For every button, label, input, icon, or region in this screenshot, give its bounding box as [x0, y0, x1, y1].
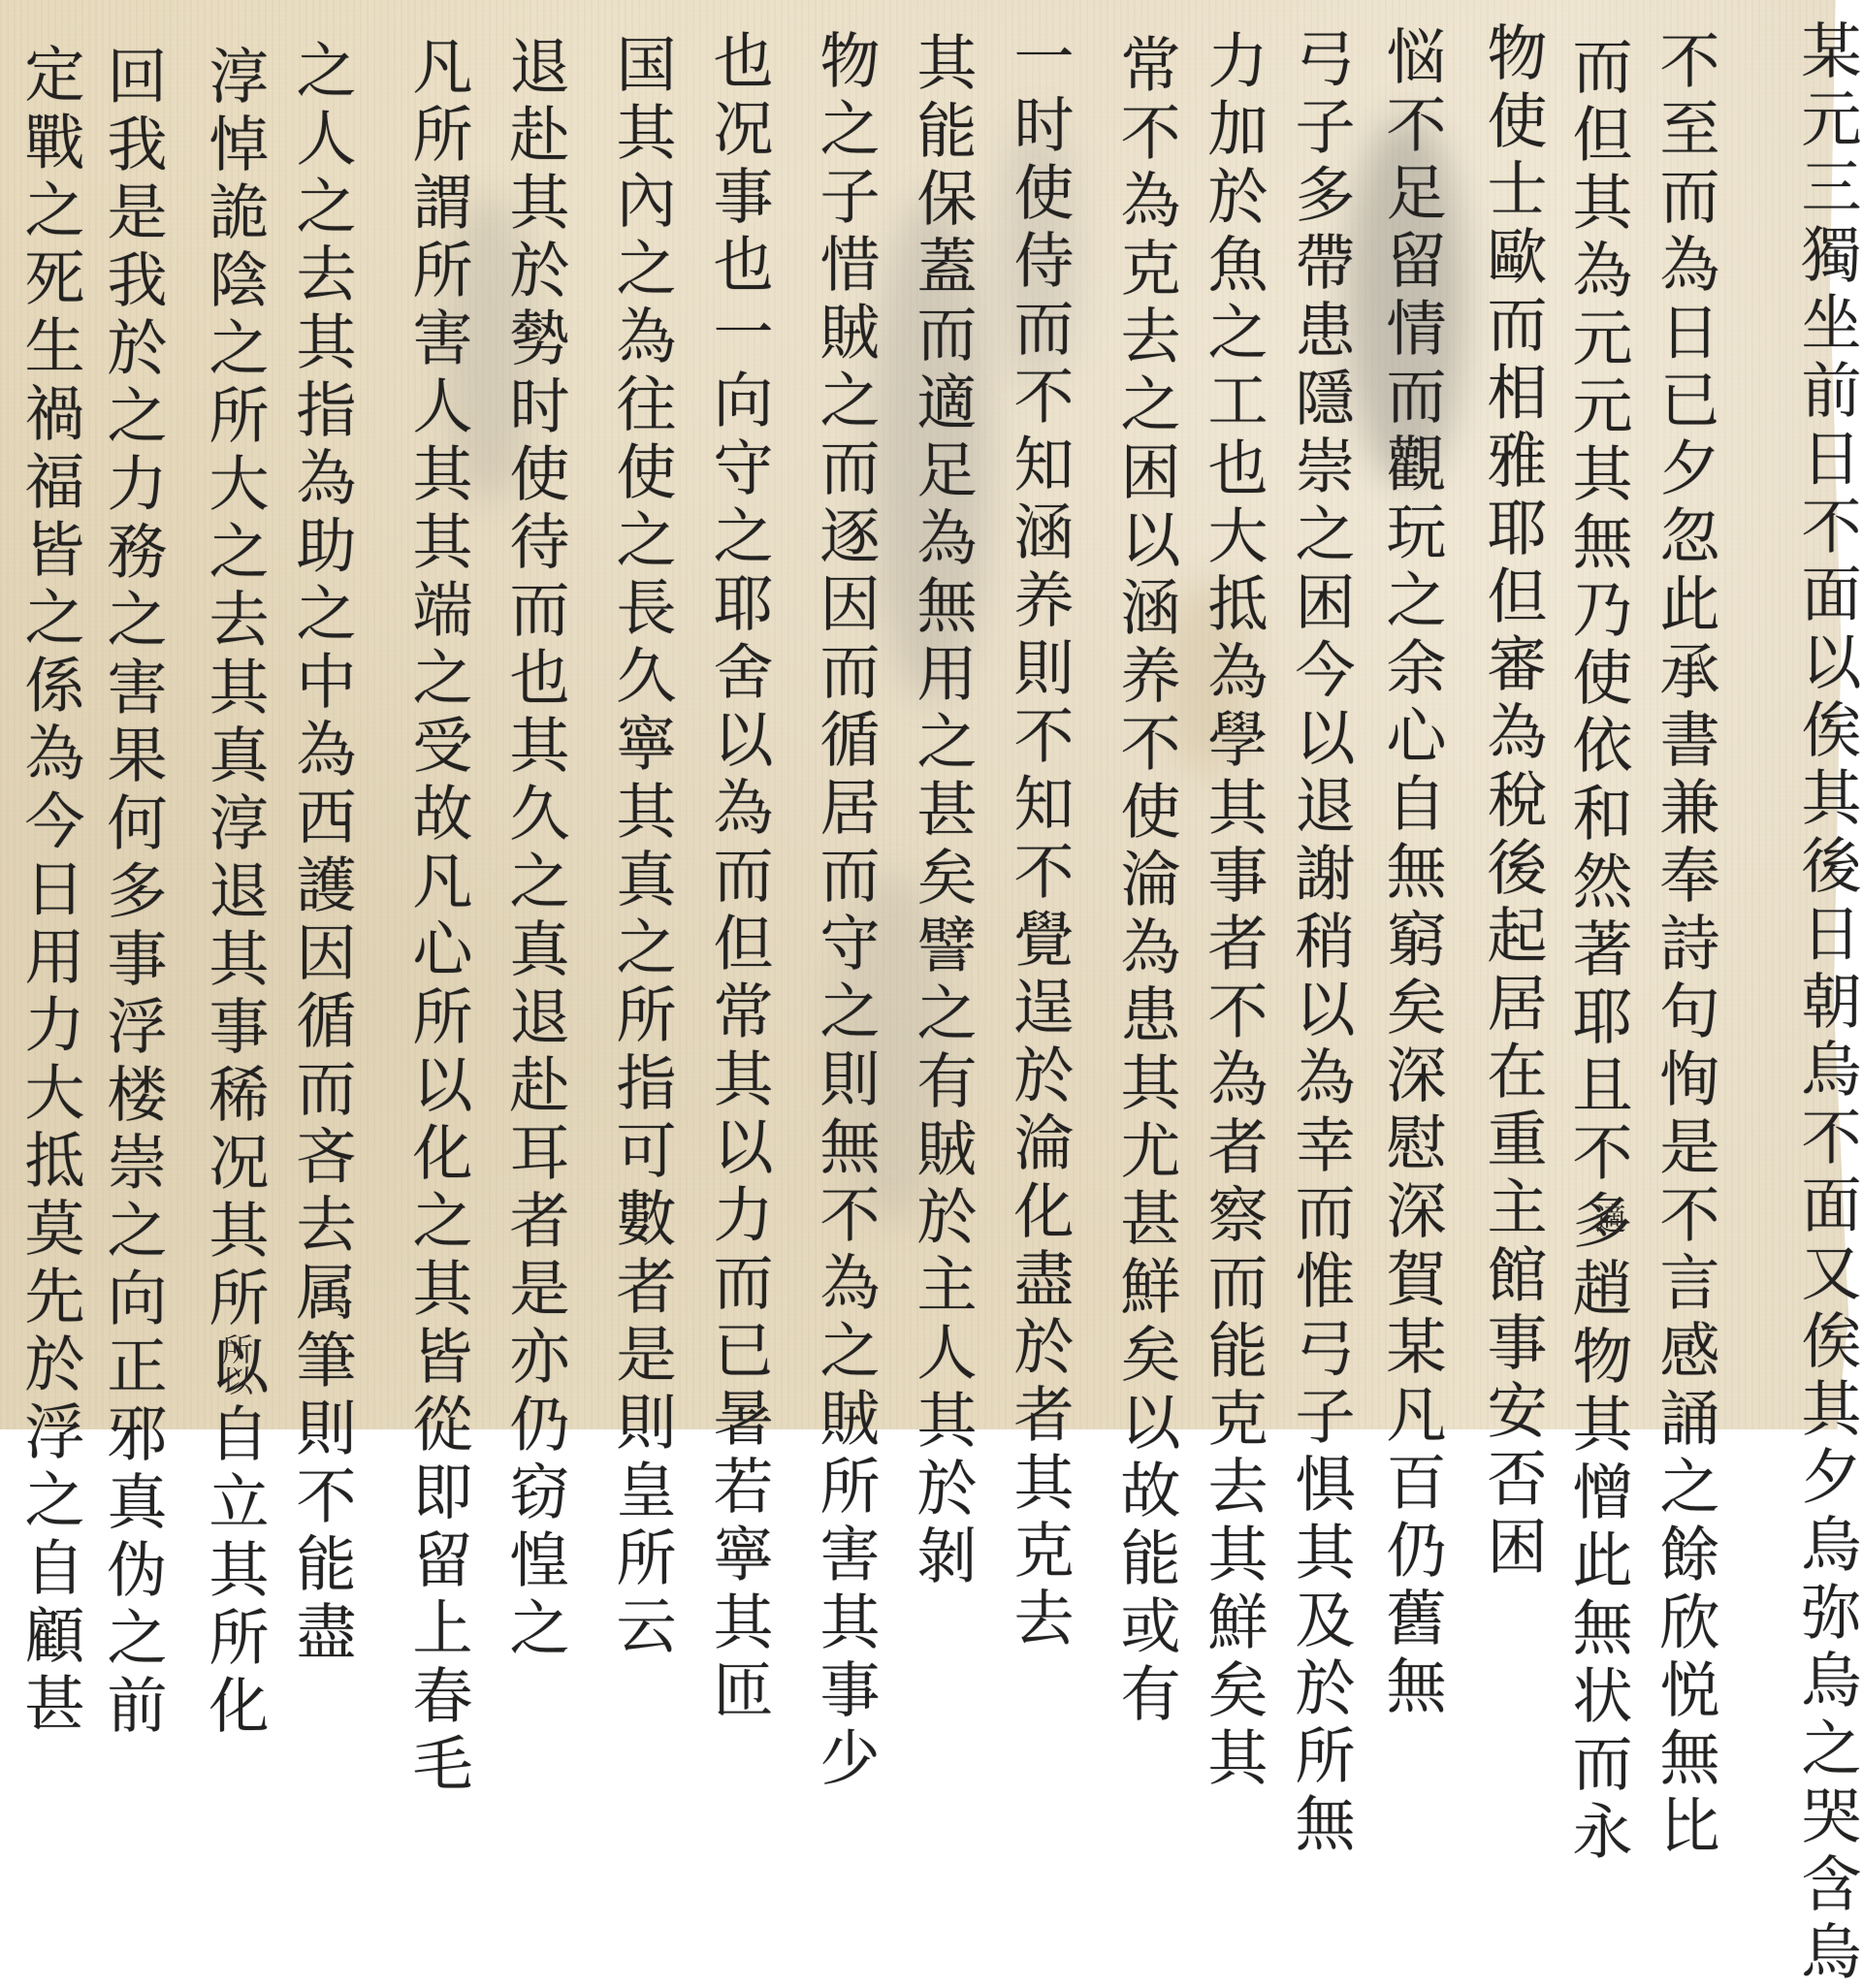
- text-column-15: 凡所謂所害人其其端之受故凡心所以化之其皆從即留上春毛: [407, 35, 467, 1429]
- text-column-9: 一时使侍而不知涵养則不知不覺逞於淪化盡於者其克去: [1009, 25, 1069, 1429]
- text-column-4: 物使士歐而相雅耶但審為稅後起居在重主館事安否困: [1482, 21, 1542, 1429]
- text-column-10: 其能保蓋而適足為無用之甚矣譬之有賊於主人其於剝: [912, 31, 972, 1429]
- text-column-2: 不至而為日已夕忽此承書兼奉詩句恂是不言感誦之餘欣悦無比: [1654, 29, 1715, 1429]
- text-column-8: 常不為克去之困以涵养不使淪為患其尤甚鮮矣以故能或有: [1115, 33, 1175, 1429]
- marginal-annotation: 適: [1587, 1202, 1631, 1234]
- text-column-6: 弓子多帶患隱崇之困今以退謝稍以為幸而惟弓子惧其及於所無: [1290, 27, 1350, 1429]
- text-column-13: 国其內之為往使之長久寧其真之所指可數者是則皇所云: [611, 33, 671, 1429]
- manuscript-text: 某元三獨坐前日不面以俟其後日朝烏不面又俟其夕烏弥烏之哭含烏 不至而為日已夕忽此承…: [0, 0, 1848, 1429]
- text-column-11: 物之子惜賊之而逐因而循居而守之則無不為之賊所害其事少: [815, 29, 875, 1429]
- text-column-17: 淳悼詭陰之所大之去其真淳退其事稀况其所以自立其所化: [204, 45, 264, 1429]
- text-column-16: 之人之去其指為助之中為西護因循而吝去属筆則不能盡: [291, 39, 351, 1429]
- text-column-18: 回我是我於之力務之害果何多事浮楼崇之向正邪真伪之前: [102, 45, 162, 1429]
- text-column-5: 悩不足留情而觀玩之余心自無窮矣深慰深賀某凡百仍舊無: [1381, 25, 1441, 1429]
- text-column-14: 退赴其於勢时使待而也其久之真退赴耳者是亦仍窃惶之: [504, 35, 564, 1429]
- text-column-1: 某元三獨坐前日不面以俟其後日朝烏不面又俟其夕烏弥烏之哭含烏: [1796, 19, 1856, 1429]
- text-column-7: 力加於魚之工也大抵為學其事者不為者察而能克去其鮮矣其: [1203, 29, 1263, 1429]
- text-column-12: 也况事也一向守之耶舍以為而但常其以力而已暑若寧其匝: [708, 29, 768, 1429]
- text-column-19: 定戰之死生禍福皆之係為今日用力大抵莫先於浮之自顧甚: [19, 43, 80, 1429]
- marginal-annotation: 所以: [213, 1333, 258, 1395]
